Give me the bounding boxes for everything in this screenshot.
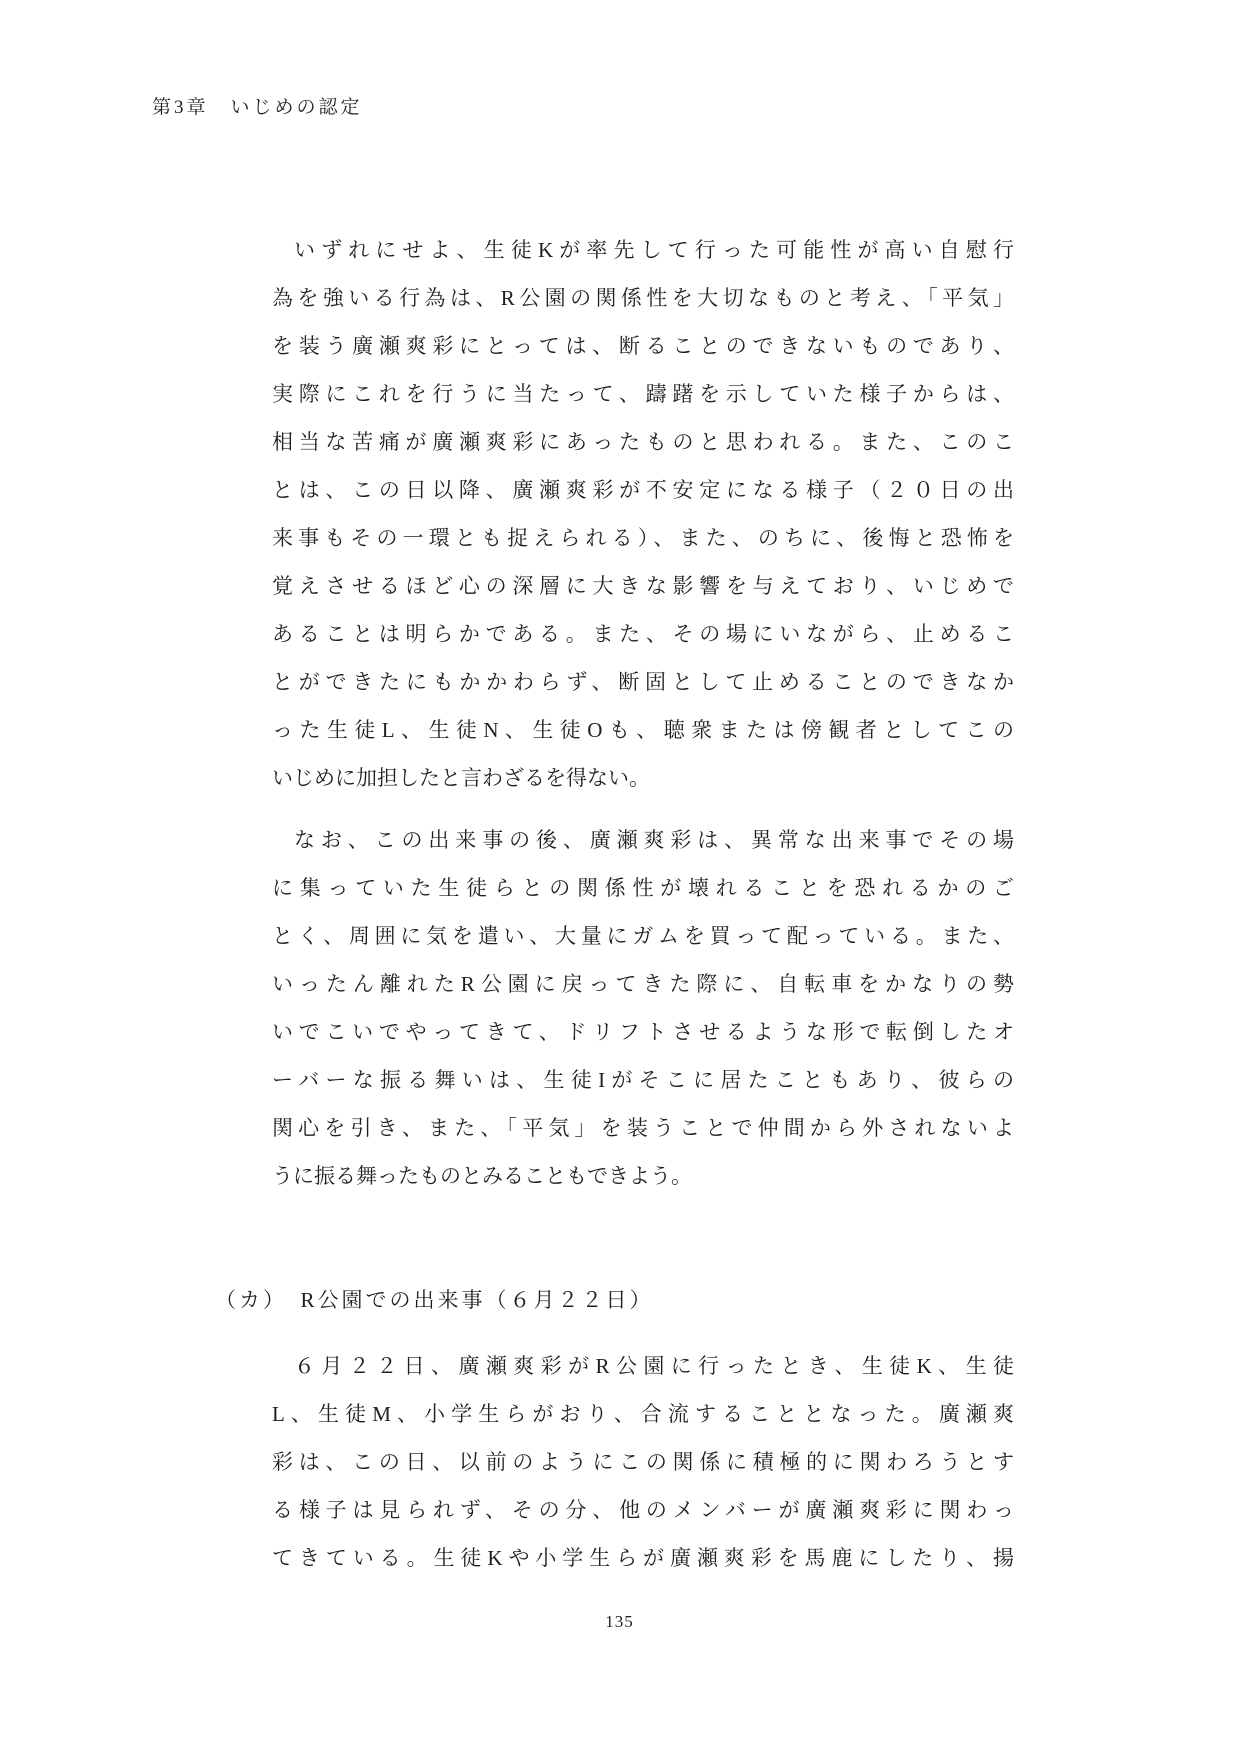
text-line: った生徒L、生徒N、生徒Oも、聴衆または傍観者としてこの — [272, 706, 1014, 754]
paragraph-2: なお、この出来事の後、廣瀬爽彩は、異常な出来事でその場 に集っていた生徒らとの関… — [272, 816, 1014, 1200]
text-line: 為を強いる行為は、R公園の関係性を大切なものと考え、「平気」 — [272, 274, 1014, 322]
text-line: 彩は、この日、以前のようにこの関係に積極的に関わろうとす — [272, 1438, 1014, 1486]
text-line: あることは明らかである。また、その場にいながら、止めるこ — [272, 610, 1014, 658]
text-line: ーバーな振る舞いは、生徒Iがそこに居たこともあり、彼らの — [272, 1056, 1014, 1104]
text-line: L、生徒M、小学生らがおり、合流することとなった。廣瀬爽 — [272, 1390, 1014, 1438]
text-line: 実際にこれを行うに当たって、躊躇を示していた様子からは、 — [272, 370, 1014, 418]
text-line: なお、この出来事の後、廣瀬爽彩は、異常な出来事でその場 — [272, 816, 1014, 864]
text-line: 来事もその一環とも捉えられる）、また、のちに、後悔と恐怖を — [272, 514, 1014, 562]
paragraph-3: ６月２２日、廣瀬爽彩がR公園に行ったとき、生徒K、生徒 L、生徒M、小学生らがお… — [272, 1342, 1014, 1582]
text-line: うに振る舞ったものとみることもできよう。 — [272, 1152, 1014, 1200]
text-line: いずれにせよ、生徒Kが率先して行った可能性が高い自慰行 — [272, 226, 1014, 274]
paragraph-1: いずれにせよ、生徒Kが率先して行った可能性が高い自慰行 為を強いる行為は、R公園… — [272, 226, 1014, 802]
text-line: とく、周囲に気を遣い、大量にガムを買って配っている。また、 — [272, 912, 1014, 960]
document-page: 第3章 いじめの認定 いずれにせよ、生徒Kが率先して行った可能性が高い自慰行 為… — [0, 0, 1239, 1754]
text-line: いでこいでやってきて、ドリフトさせるような形で転倒したオ — [272, 1008, 1014, 1056]
text-line: いじめに加担したと言わざるを得ない。 — [272, 754, 1014, 802]
text-line: とは、この日以降、廣瀬爽彩が不安定になる様子（２０日の出 — [272, 466, 1014, 514]
text-line: 覚えさせるほど心の深層に大きな影響を与えており、いじめで — [272, 562, 1014, 610]
text-line: 相当な苦痛が廣瀬爽彩にあったものと思われる。また、このこ — [272, 418, 1014, 466]
text-line: る様子は見られず、その分、他のメンバーが廣瀬爽彩に関わっ — [272, 1486, 1014, 1534]
text-line: とができたにもかかわらず、断固として止めることのできなか — [272, 658, 1014, 706]
text-line: いったん離れたR公園に戻ってきた際に、自転車をかなりの勢 — [272, 960, 1014, 1008]
text-line: 関心を引き、また、「平気」を装うことで仲間から外されないよ — [272, 1104, 1014, 1152]
text-line: に集っていた生徒らとの関係性が壊れることを恐れるかのご — [272, 864, 1014, 912]
text-line: を装う廣瀬爽彩にとっては、断ることのできないものであり、 — [272, 322, 1014, 370]
text-line: てきている。生徒Kや小学生らが廣瀬爽彩を馬鹿にしたり、揚 — [272, 1534, 1014, 1582]
text-line: ６月２２日、廣瀬爽彩がR公園に行ったとき、生徒K、生徒 — [272, 1342, 1014, 1390]
chapter-header: 第3章 いじめの認定 — [152, 92, 363, 119]
section-heading: （カ） R公園での出来事（６月２２日） — [215, 1276, 654, 1324]
page-number: 135 — [0, 1612, 1239, 1632]
